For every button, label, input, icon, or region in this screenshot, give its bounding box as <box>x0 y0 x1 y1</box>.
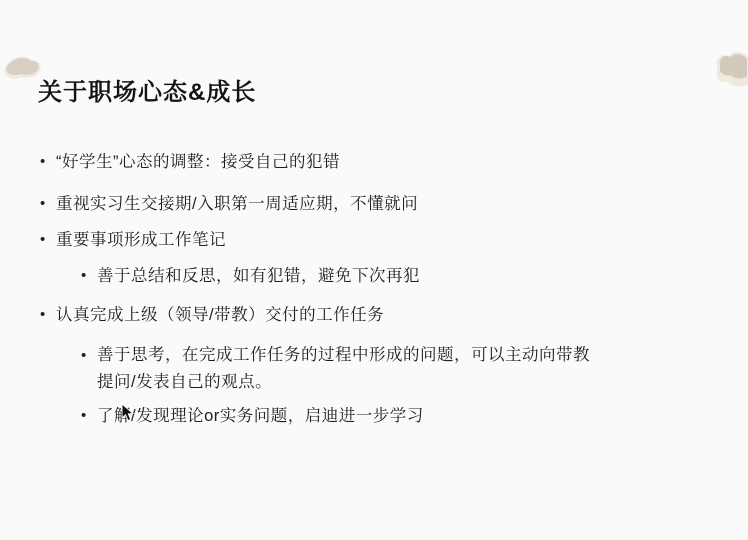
bullet-text: 重视实习生交接期/入职第一周适应期，不懂就问 <box>56 193 418 215</box>
bullet-dot-icon: • <box>75 342 97 369</box>
bullet-text: 重要事项形成工作笔记 <box>56 229 226 251</box>
bullet-item: • 善于思考，在完成工作任务的过程中形成的问题，可以主动向带教提问/发表自己的观… <box>75 342 724 396</box>
bullet-dot-icon: • <box>34 229 56 251</box>
bullet-dot-icon: • <box>34 151 56 173</box>
bullet-item: • 认真完成上级（领导/带教）交付的工作任务 <box>34 304 724 326</box>
slide-title: 关于职场心态&成长 <box>38 72 256 107</box>
bullet-text: 善于思考，在完成工作任务的过程中形成的问题，可以主动向带教提问/发表自己的观点。 <box>97 342 597 396</box>
bullet-list: • “好学生”心态的调整：接受自己的犯错 • 重视实习生交接期/入职第一周适应期… <box>34 151 724 427</box>
bullet-dot-icon: • <box>75 265 97 287</box>
presentation-slide: 关于职场心态&成长 • “好学生”心态的调整：接受自己的犯错 • 重视实习生交接… <box>0 0 748 540</box>
bullet-text: 了解/发现理论or实务问题，启迪进一步学习 <box>97 405 424 427</box>
bullet-item: • 重视实习生交接期/入职第一周适应期，不懂就问 <box>34 193 724 215</box>
bullet-dot-icon: • <box>75 405 97 427</box>
bullet-item: • 善于总结和反思，如有犯错，避免下次再犯 <box>75 265 724 287</box>
bullet-text: 善于总结和反思，如有犯错，避免下次再犯 <box>97 265 420 287</box>
bullet-text: 认真完成上级（领导/带教）交付的工作任务 <box>56 304 384 326</box>
bullet-text: “好学生”心态的调整：接受自己的犯错 <box>56 151 340 173</box>
cloud-decoration-right <box>714 46 748 90</box>
mouse-cursor-icon <box>121 403 134 422</box>
bullet-dot-icon: • <box>34 304 56 326</box>
bullet-item: • 了解/发现理论or实务问题，启迪进一步学习 <box>75 405 724 427</box>
bullet-item: • “好学生”心态的调整：接受自己的犯错 <box>34 151 724 173</box>
bullet-dot-icon: • <box>34 193 56 215</box>
bullet-item: • 重要事项形成工作笔记 <box>34 229 724 251</box>
